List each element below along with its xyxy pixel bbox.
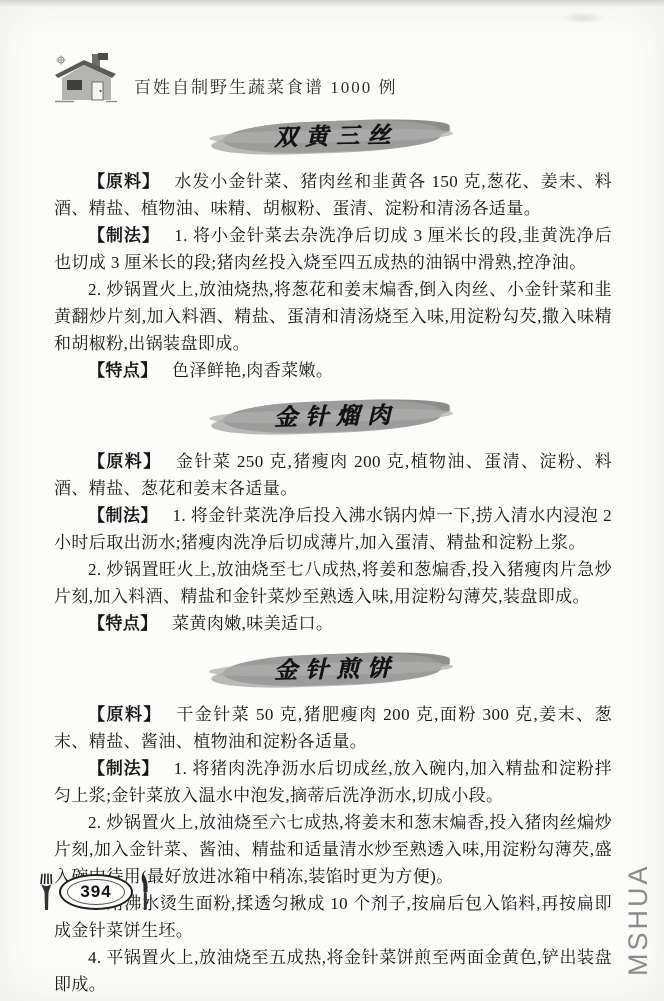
recipe-paragraph: 【特点】色泽鲜艳,肉香菜嫩。: [54, 357, 612, 384]
recipe-banner: 金针熘肉: [215, 396, 451, 438]
section-label: 【原料】: [88, 705, 162, 724]
recipe-paragraph: 【制法】1. 将猪肉洗净沥水后切成丝,放入碗内,加入精盐和淀粉拌匀上浆;金针菜放…: [54, 755, 612, 809]
page-number: 394: [80, 882, 111, 902]
recipe-paragraph: 【原料】干金针菜 50 克,猪肥瘦肉 200 克,面粉 300 克,姜末、葱末、…: [54, 701, 612, 755]
page-header: 百姓自制野生蔬菜食谱 1000 例: [54, 52, 612, 104]
section-label: 【原料】: [88, 172, 160, 191]
knife-icon: [134, 872, 156, 912]
recipe-title: 金针熘肉: [215, 394, 452, 439]
recipe-section-3: 金针煎饼 【原料】干金针菜 50 克,猪肥瘦肉 200 克,面粉 300 克,姜…: [54, 649, 612, 998]
book-page: 百姓自制野生蔬菜食谱 1000 例 双黄三丝 【原料】水发小金针菜、猪肉丝和韭黄…: [0, 0, 664, 1001]
section-label: 【特点】: [88, 614, 158, 633]
paragraph-text: 色泽鲜艳,肉香菜嫩。: [172, 361, 333, 380]
recipe-paragraph: 4. 平锅置火上,放油烧至五成热,将金针菜饼煎至两面金黄色,铲出装盘即成。: [54, 944, 612, 998]
recipe-paragraph: 【特点】菜黄肉嫩,味美适口。: [54, 610, 612, 637]
section-label: 【制法】: [88, 506, 158, 525]
paragraph-text: 2. 炒锅置火上,放油烧热,将葱花和姜末煸香,倒入肉丝、小金针菜和韭黄翻炒片刻,…: [54, 280, 612, 353]
paragraph-text: 菜黄肉嫩,味美适口。: [172, 614, 333, 633]
section-label: 【特点】: [88, 361, 158, 380]
recipe-title: 双黄三丝: [215, 114, 452, 159]
recipe-title: 金针煎饼: [215, 647, 452, 692]
recipe-banner: 双黄三丝: [215, 116, 451, 158]
page-footer: 394: [36, 872, 156, 912]
scan-edge: [0, 0, 664, 7]
section-label: 【原料】: [88, 452, 162, 471]
scan-smudge: [560, 12, 606, 24]
recipe-section-1: 双黄三丝 【原料】水发小金针菜、猪肉丝和韭黄各 150 克,葱花、姜末、料酒、精…: [54, 116, 612, 384]
recipe-banner: 金针煎饼: [215, 649, 451, 691]
paragraph-text: 4. 平锅置火上,放油烧至五成热,将金针菜饼煎至两面金黄色,铲出装盘即成。: [54, 948, 612, 994]
recipe-paragraph: 2. 炒锅置旺火上,放油烧至七八成热,将姜和葱煸香,投入猪瘦肉片急炒片刻,加入料…: [54, 556, 612, 610]
section-label: 【制法】: [88, 226, 160, 245]
page-content: 百姓自制野生蔬菜食谱 1000 例 双黄三丝 【原料】水发小金针菜、猪肉丝和韭黄…: [54, 52, 612, 998]
watermark: MSHUA: [623, 872, 653, 976]
house-icon: [54, 52, 118, 104]
recipe-section-2: 金针熘肉 【原料】金针菜 250 克,猪瘦肉 200 克,植物油、蛋清、淀粉、料…: [54, 396, 612, 637]
fork-icon: [36, 872, 58, 912]
book-title: 百姓自制野生蔬菜食谱 1000 例: [134, 59, 398, 98]
page-number-plate: 394: [59, 874, 133, 910]
section-label: 【制法】: [88, 759, 159, 778]
recipe-paragraph: 【制法】1. 将金针菜洗净后投入沸水锅内焯一下,捞入清水内浸泡 2 小时后取出沥…: [54, 502, 612, 556]
paragraph-text: 2. 炒锅置旺火上,放油烧至七八成热,将姜和葱煸香,投入猪瘦肉片急炒片刻,加入料…: [54, 560, 612, 606]
recipe-paragraph: 【原料】水发小金针菜、猪肉丝和韭黄各 150 克,葱花、姜末、料酒、精盐、植物油…: [54, 168, 612, 222]
recipe-paragraph: 2. 炒锅置火上,放油烧热,将葱花和姜末煸香,倒入肉丝、小金针菜和韭黄翻炒片刻,…: [54, 276, 612, 357]
recipe-paragraph: 【原料】金针菜 250 克,猪瘦肉 200 克,植物油、蛋清、淀粉、料酒、精盐、…: [54, 448, 612, 502]
recipe-paragraph: 【制法】1. 将小金针菜去杂洗净后切成 3 厘米长的段,韭黄洗净后也切成 3 厘…: [54, 222, 612, 276]
